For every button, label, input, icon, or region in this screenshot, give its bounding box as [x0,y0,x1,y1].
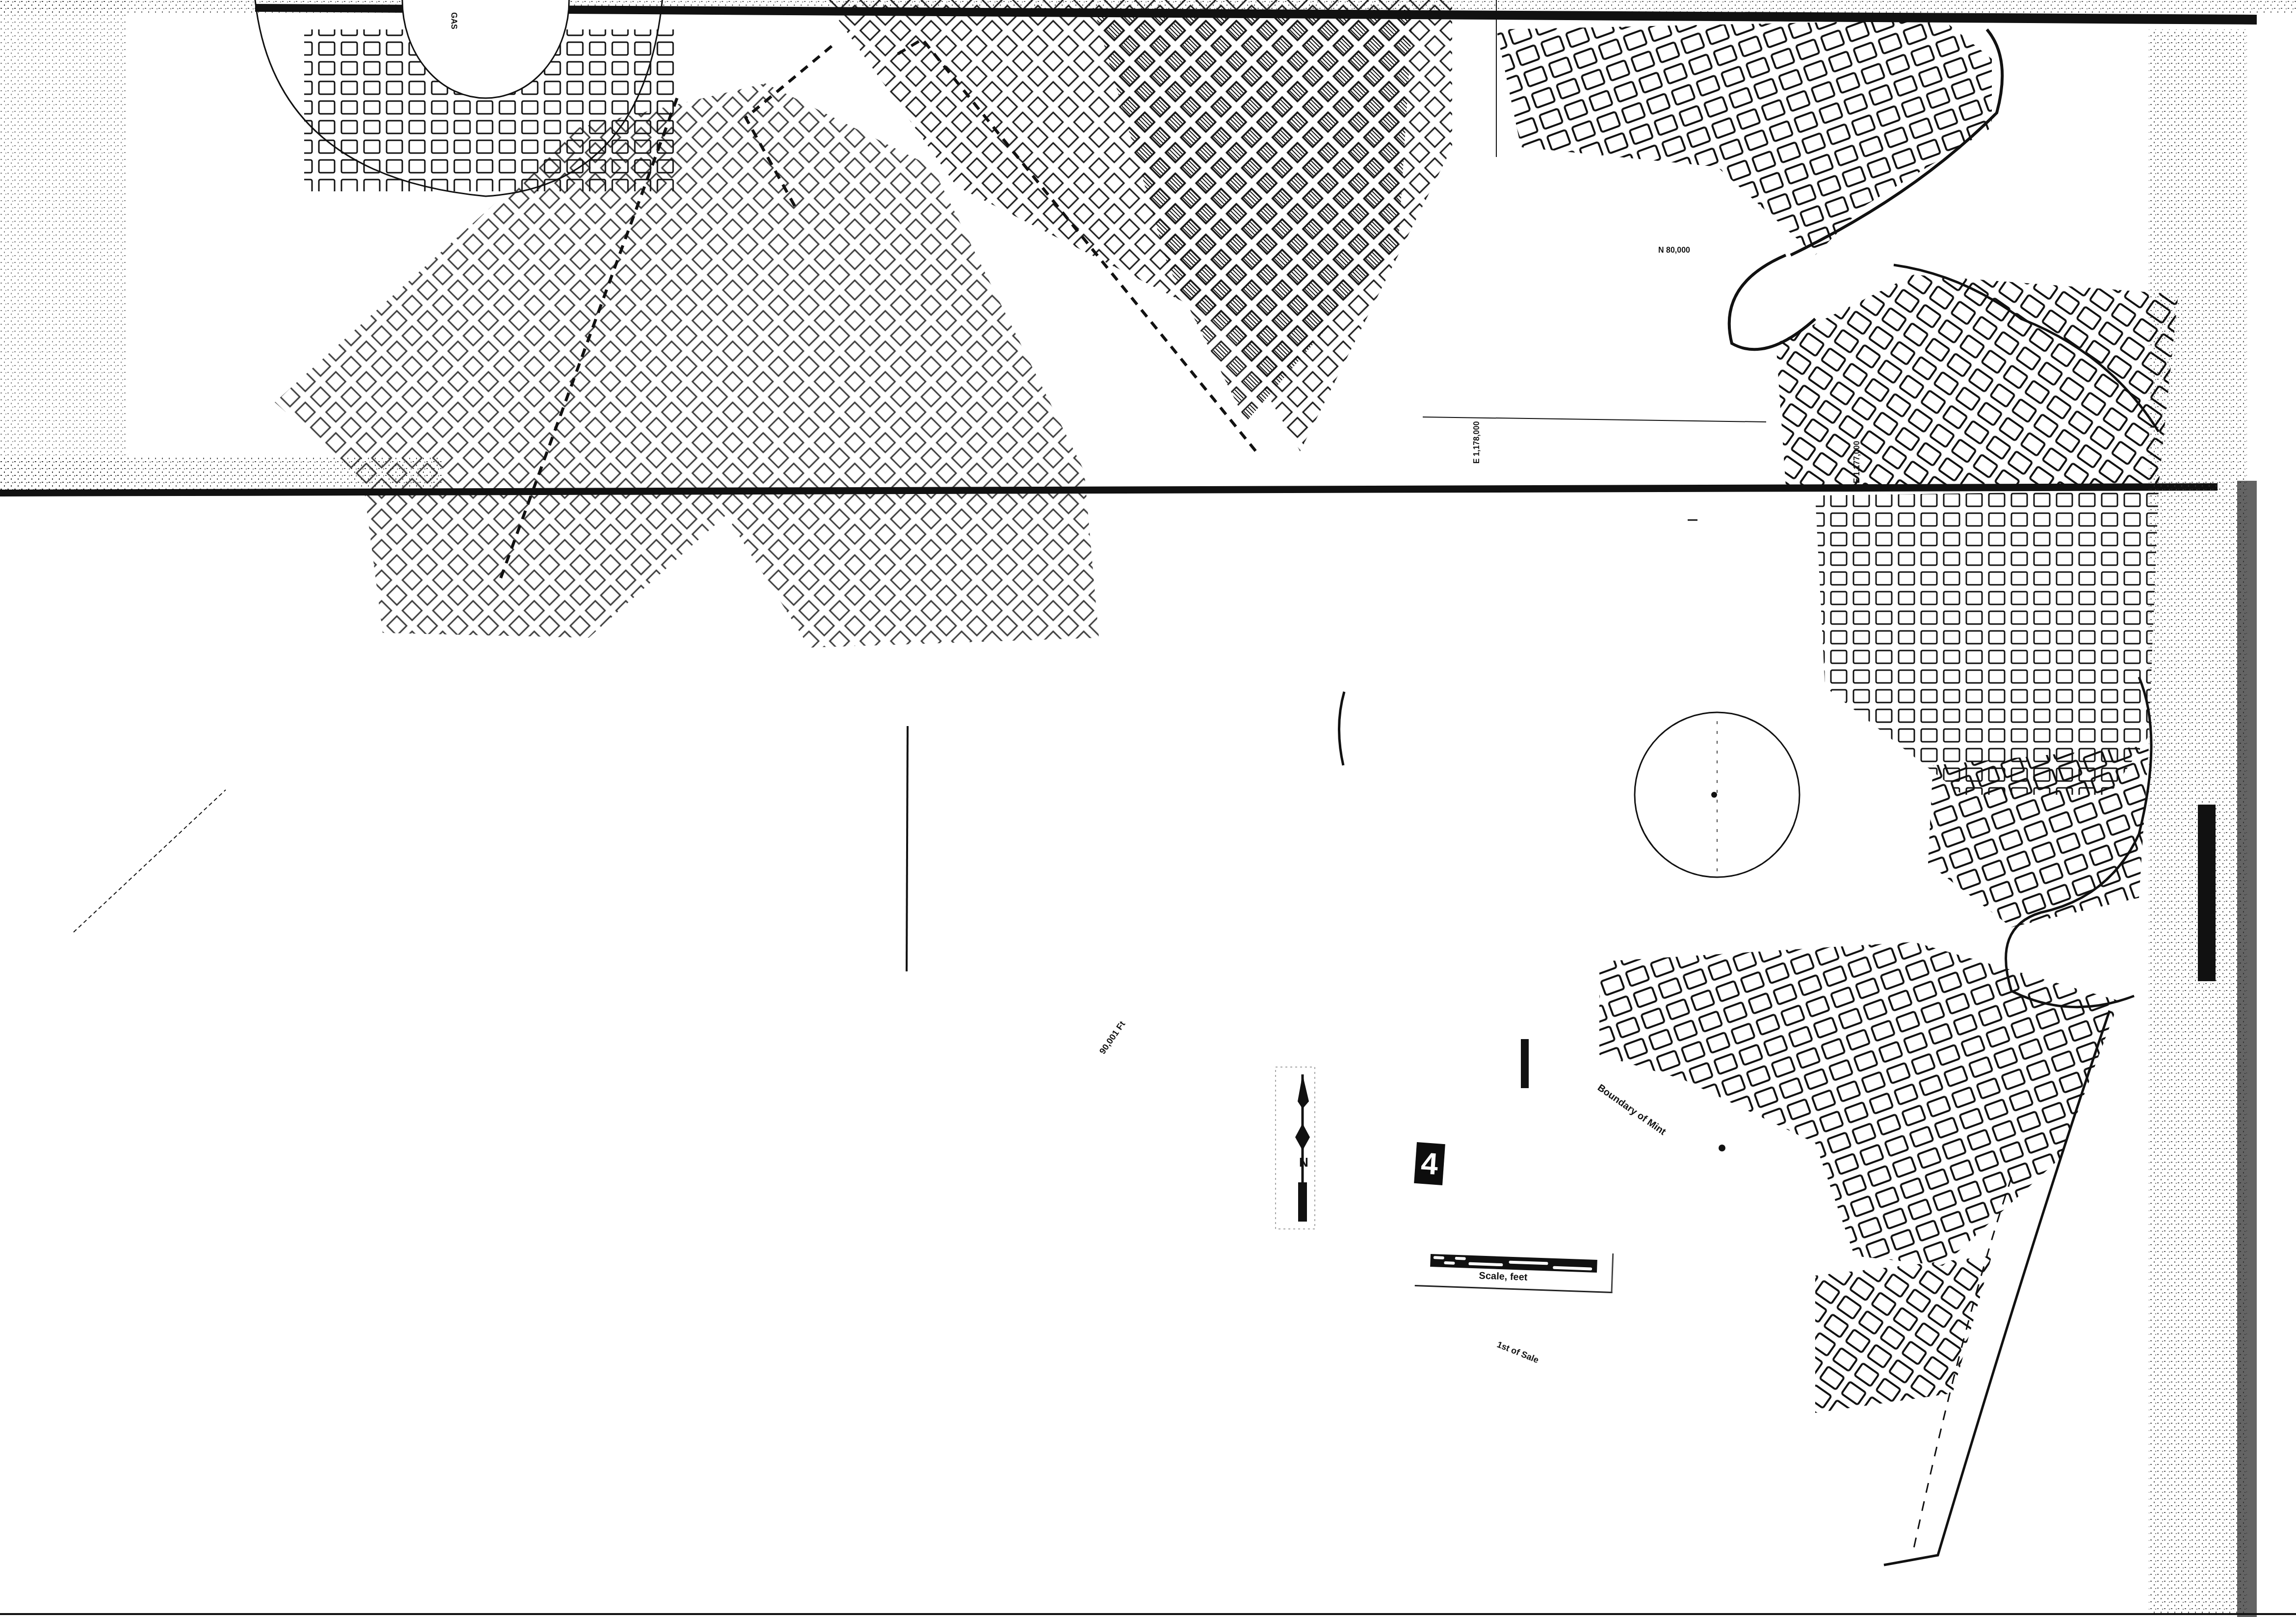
map-canvas: GAS N 80,000 E 1,178,000 E 1,177,000 [0,0,2296,1617]
scale-bar-graphic [1430,1254,1597,1273]
annotation-ft: 90,001 Ft [1097,1019,1127,1056]
street-grid-northeast: N 80,000 E 1,178,000 E 1,177,000 [1423,0,2178,520]
street-grid-east [1599,491,2159,1565]
boundary-annotation: Boundary of Mint [1595,1082,1668,1138]
northing-label: N 80,000 [1658,246,1690,255]
scale-bar: Scale, feet [1415,1247,1614,1293]
annotation-sale: 1st of Sale [1496,1339,1540,1365]
north-letter: N [1299,1155,1308,1170]
sheet-number-badge: 4 [1414,1142,1445,1185]
easting-label-2: E 1,177,000 [1853,441,1861,483]
circle-label: GAS [449,12,458,29]
north-arrow-icon: N [1276,1067,1315,1229]
scale-caption: Scale, feet [1479,1271,1528,1283]
easting-label-1: E 1,178,000 [1473,421,1481,464]
